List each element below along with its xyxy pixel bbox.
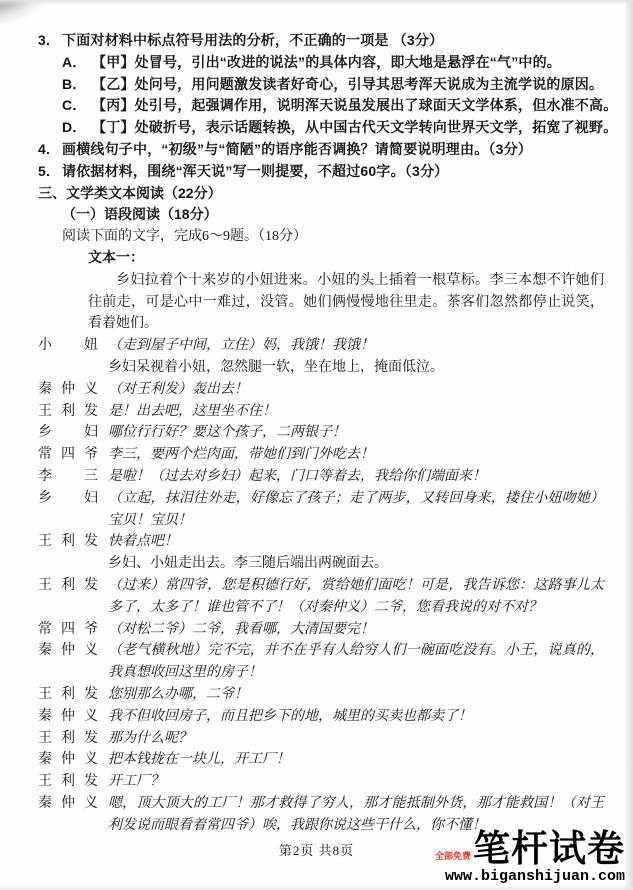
question-text: 请依据材料，围绕“浑天说”写一则提要，不超过60字。（3分）: [62, 161, 604, 183]
speaker-name: 秦仲义: [38, 640, 98, 684]
watermark-url: www.biganshijuan.com: [435, 869, 625, 884]
dialog-row: 王利发快着点吧！: [38, 531, 604, 553]
dialog-text: 您别那么办哪，二爷！: [108, 684, 604, 706]
option-b: B． 【乙】处问号，用问题激发读者好奇心，引导其思考浑天说成为主流学说的原因。: [62, 74, 604, 96]
speaker-name: 王利发: [38, 531, 98, 553]
question-4: 4. 画横线句子中，“初级”与“简陋”的语序能否调换？请简要说明理由。（3分）: [38, 139, 604, 161]
dialog-text: （过来）常四爷，您是积德行好，赏给她们面吃！可是，我告诉您：这路事儿太多了，太多…: [108, 575, 604, 619]
dialog-row: 乡 妇（立起，抹泪往外走，好像忘了孩子；走了两步，又转回身来，搂住小妞吻她）宝贝…: [38, 488, 604, 532]
scan-edge-top: [0, 0, 633, 5]
scan-edge-right: [624, 0, 633, 890]
dialog-row: 王利发那为什么呢？: [38, 728, 604, 750]
dialog-row: 常四爷李三，要两个烂肉面，带她们到门外吃去！: [38, 444, 604, 466]
speaker-name: 秦仲义: [38, 793, 98, 837]
question-5: 5. 请依据材料，围绕“浑天说”写一则提要，不超过60字。（3分）: [38, 161, 604, 183]
dialog-row: 秦仲义（老气横秋地）完不完，并不在乎有人给穷人们一碗面吃没有。小王，说真的，我真…: [38, 640, 604, 684]
section-instruction: 阅读下面的文字，完成6～9题。（18分）: [62, 226, 604, 248]
stage-direction: 乡妇、小妞走出去。李三随后端出两碗面去。: [108, 553, 604, 575]
dialog-row: 小 妞（走到屋子中间，立住）妈，我饿！我饿！: [38, 335, 604, 357]
speaker-name: 王利发: [38, 575, 98, 619]
speaker-name: 秦仲义: [38, 379, 98, 401]
exam-page-scan: 3. 下面对材料中标点符号用法的分析，不正确的一项是 （3分） A． 【甲】处冒…: [0, 0, 633, 890]
dialog-text: 李三，要两个烂肉面，带她们到门外吃去！: [108, 444, 604, 466]
speaker-name: 秦仲义: [38, 749, 98, 771]
speaker-name: 乡 妇: [38, 488, 98, 532]
dialog-row: 常四爷（对松二爷）二爷，我看哪，大清国要完！: [38, 619, 604, 641]
dialog-row: 秦仲义（对王利发）轰出去！: [38, 379, 604, 401]
speaker-name: 乡 妇: [38, 422, 98, 444]
dialog-text: 把本钱拢在一块儿，开工厂！: [108, 749, 604, 771]
dialog-row: 王利发是！出去吧，这里坐不住！: [38, 401, 604, 423]
dialog-text: 哪位行行好？要这个孩子，二两银子！: [108, 422, 604, 444]
option-label: B．: [62, 74, 92, 96]
option-label: A．: [62, 52, 92, 74]
question-number: 4.: [38, 139, 62, 161]
dialog-row: 王利发（过来）常四爷，您是积德行好，赏给她们面吃！可是，我告诉您：这路事儿太多了…: [38, 575, 604, 619]
dialog-text: 是！出去吧，这里坐不住！: [108, 401, 604, 423]
speaker-name: 秦仲义: [38, 706, 98, 728]
option-a: A． 【甲】处冒号，引出“改进的说法”的具体内容，即大地是悬浮在“气”中的。: [62, 52, 604, 74]
speaker-name: 小 妞: [38, 335, 98, 357]
section-subtitle: （一）语段阅读（18分）: [62, 204, 604, 226]
dialog-row: 李 三是啦！（过去对乡妇）起来，门口等着去，我给你们端面来！: [38, 466, 604, 488]
dialog-row: 秦仲义把本钱拢在一块儿，开工厂！: [38, 749, 604, 771]
page-content: 3. 下面对材料中标点符号用法的分析，不正确的一项是 （3分） A． 【甲】处冒…: [38, 30, 604, 836]
watermark-free-tag: 全部免费: [435, 852, 471, 861]
question-3: 3. 下面对材料中标点符号用法的分析，不正确的一项是 （3分）: [38, 30, 604, 52]
dialog-row: 乡 妇哪位行行好？要这个孩子，二两银子！: [38, 422, 604, 444]
speaker-name: 王利发: [38, 401, 98, 423]
dialog-row: 秦仲义我不但收回房子，而且把乡下的地，城里的买卖也都卖了！: [38, 706, 604, 728]
dialog-text: （对松二爷）二爷，我看哪，大清国要完！: [108, 619, 604, 641]
question-number: 5.: [38, 161, 62, 183]
option-label: D．: [62, 117, 92, 139]
dialog-row: 王利发您别那么办哪，二爷！: [38, 684, 604, 706]
option-text: 【乙】处问号，用问题激发读者好奇心，引导其思考浑天说成为主流学说的原因。: [92, 74, 604, 96]
watermark-brand: 笔杆试卷: [473, 830, 625, 867]
dialog-text: （对王利发）轰出去！: [108, 379, 604, 401]
dialog-list: 小 妞（走到屋子中间，立住）妈，我饿！我饿！乡妇呆视着小妞，忽然腿一软，坐在地上…: [38, 335, 604, 836]
question-block: 3. 下面对材料中标点符号用法的分析，不正确的一项是 （3分） A． 【甲】处冒…: [38, 30, 604, 183]
question-text: 下面对材料中标点符号用法的分析，不正确的一项是 （3分）: [62, 30, 604, 52]
option-d: D． 【丁】处破折号，表示话题转换，从中国古代天文学转向世界天文学，拓宽了视野。: [62, 117, 604, 139]
watermark: 全部免费 笔杆试卷 www.biganshijuan.com: [435, 830, 625, 884]
dialog-text: （走到屋子中间，立住）妈，我饿！我饿！: [108, 335, 604, 357]
dialog-text: 那为什么呢？: [108, 728, 604, 750]
dialog-text: （老气横秋地）完不完，并不在乎有人给穷人们一碗面吃没有。小王，说真的，我真想收回…: [108, 640, 604, 684]
watermark-brand-row: 全部免费 笔杆试卷: [435, 830, 625, 867]
dialog-text: 我不但收回房子，而且把乡下的地，城里的买卖也都卖了！: [108, 706, 604, 728]
option-label: C．: [62, 95, 92, 117]
speaker-name: 王利发: [38, 771, 98, 793]
option-text: 【丁】处破折号，表示话题转换，从中国古代天文学转向世界天文学，拓宽了视野。: [92, 117, 617, 139]
dialog-text: 开工厂？: [108, 771, 604, 793]
question-text: 画横线句子中，“初级”与“简陋”的语序能否调换？请简要说明理由。（3分）: [62, 139, 604, 161]
speaker-name: 常四爷: [38, 444, 98, 466]
intro-narration: 乡妇拉着个十来岁的小妞进来。小妞的头上插着一根草标。李三本想不许她们往前走，可是…: [88, 270, 604, 335]
dialog-text: 快着点吧！: [108, 531, 604, 553]
speaker-name: 李 三: [38, 466, 98, 488]
dialog-text: 是啦！（过去对乡妇）起来，门口等着去，我给你们端面来！: [108, 466, 604, 488]
dialog-text: （立起，抹泪往外走，好像忘了孩子；走了两步，又转回身来，搂住小妞吻她）宝贝！宝贝…: [108, 488, 604, 532]
dialog-row: 王利发开工厂？: [38, 771, 604, 793]
text-one-label: 文本一：: [88, 248, 604, 270]
option-c: C． 【丙】处引号，起强调作用，说明浑天说虽发展出了球面天文学体系，但水准不高。: [62, 95, 604, 117]
option-text: 【甲】处冒号，引出“改进的说法”的具体内容，即大地是悬浮在“气”中的。: [92, 52, 604, 74]
stage-direction: 乡妇呆视着小妞，忽然腿一软，坐在地上，掩面低泣。: [108, 357, 604, 379]
section-title: 三、文学类文本阅读（22分）: [38, 183, 604, 205]
speaker-name: 王利发: [38, 684, 98, 706]
speaker-name: 王利发: [38, 728, 98, 750]
question-number: 3.: [38, 30, 62, 52]
option-text: 【丙】处引号，起强调作用，说明浑天说虽发展出了球面天文学体系，但水准不高。: [92, 95, 617, 117]
speaker-name: 常四爷: [38, 619, 98, 641]
